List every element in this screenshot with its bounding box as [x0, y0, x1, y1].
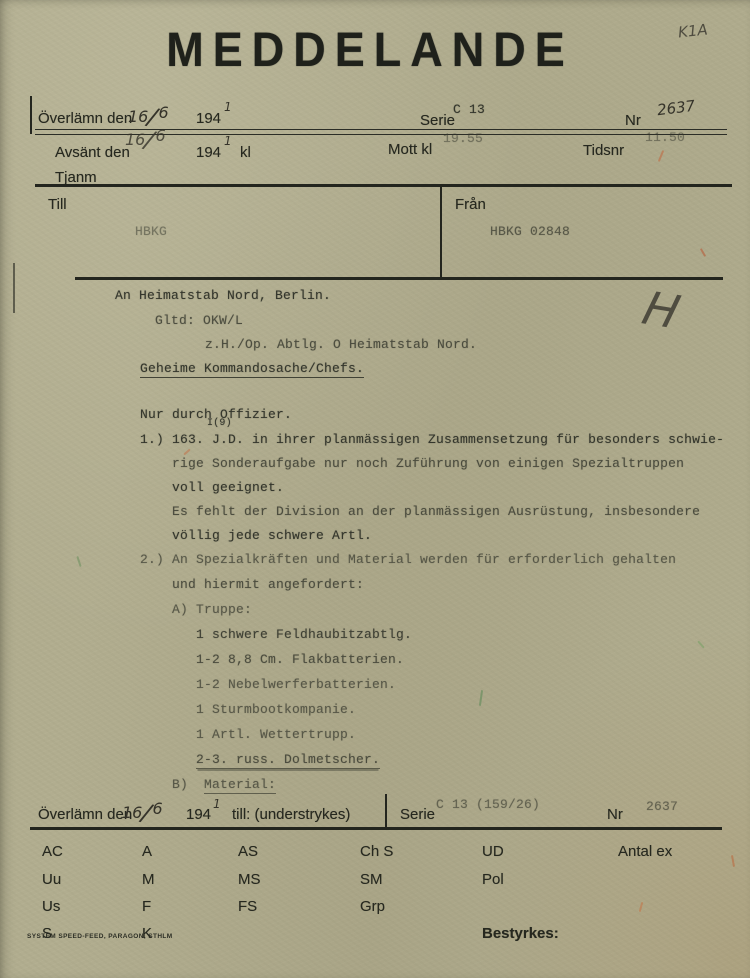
typed-line: Gltd: OKW/L: [155, 313, 243, 328]
dist-code: Uu: [42, 871, 61, 888]
typed-line: Es fehlt der Division an der planmässige…: [172, 504, 700, 519]
typed-line: 2.) An Spezialkräften und Material werde…: [140, 552, 676, 567]
typed-line: z.H./Op. Abtlg. O Heimatstab Nord.: [205, 337, 477, 352]
dist-code: Grp: [360, 898, 385, 915]
year-digit-handwritten: 1: [224, 100, 232, 114]
left-margin-line: [30, 96, 32, 134]
kl-label: kl: [240, 144, 251, 161]
year-digit-handwritten: 1: [224, 134, 232, 148]
antal-ex-label: Antal ex: [618, 843, 672, 860]
avsant-label: Avsänt den: [55, 144, 130, 161]
dist-code: UD: [482, 843, 504, 860]
tidsnr-value: 11.50: [645, 130, 685, 145]
typed-line: rige Sonderaufgabe nur noch Zuführung vo…: [172, 456, 684, 471]
date-month: 6: [152, 799, 162, 818]
material-heading: Material:: [204, 777, 276, 794]
footer-serie-value: C 13 (159/26): [436, 797, 540, 812]
dist-code: AS: [238, 843, 258, 860]
dist-code: M: [142, 871, 155, 888]
till-value: HBKG: [135, 224, 167, 239]
pencil-mark-h: H: [637, 281, 685, 339]
mott-kl-label: Mott kl: [388, 141, 432, 158]
fiber-mark: [479, 690, 483, 706]
nr-label: Nr: [625, 112, 641, 129]
pencil-note-top-right: K1A: [677, 20, 708, 41]
dist-code: MS: [238, 871, 261, 888]
typed-line-underlined: 2-3. russ. Dolmetscher.: [196, 752, 380, 769]
date-month: 6: [155, 126, 165, 145]
dist-code: Pol: [482, 871, 504, 888]
serie-label: Serie: [420, 112, 455, 129]
serie-value: C 13: [453, 102, 485, 117]
avsant-date-handwritten: 16/6: [125, 123, 166, 151]
dist-code: Us: [42, 898, 60, 915]
footer-divider: [385, 794, 387, 827]
form-title: MEDDELANDE: [165, 22, 575, 78]
typed-line: An Heimatstab Nord, Berlin.: [115, 288, 331, 303]
typed-line: und hiermit angefordert:: [172, 577, 364, 592]
date-day: 16: [122, 803, 142, 822]
date-day: 16: [125, 130, 145, 149]
tidsnr-label: Tidsnr: [583, 142, 624, 159]
fran-value: HBKG 02848: [490, 224, 570, 239]
bestyrkes-label: Bestyrkes:: [482, 925, 559, 942]
year-printed: 194: [196, 110, 221, 127]
nr-value: 2637: [656, 97, 696, 120]
list-letter: B): [172, 777, 188, 792]
dist-code: Ch S: [360, 843, 393, 860]
typed-line: völlig jede schwere Artl.: [172, 528, 372, 543]
till-label: Till: [48, 196, 67, 213]
fiber-mark: [76, 556, 81, 567]
fran-label: Från: [455, 196, 486, 213]
printer-mark: SYSTEM SPEED-FEED, PARAGON, STHLM: [27, 933, 173, 940]
typed-line: 1-2 8,8 Cm. Flakbatterien.: [196, 652, 404, 667]
dist-code: F: [142, 898, 151, 915]
left-edge-artifact: [13, 263, 15, 313]
mott-kl-value: 19.55: [443, 131, 483, 146]
footer-nr-label: Nr: [607, 806, 623, 823]
date-month: 6: [158, 103, 168, 122]
year-printed: 194: [196, 144, 221, 161]
footer-date-handwritten: 16/6: [122, 796, 163, 824]
dist-code: SM: [360, 871, 383, 888]
fiber-mark: [697, 640, 705, 648]
typed-line: 1.) 163. J.D. in ihrer planmässigen Zusa…: [140, 432, 724, 447]
bold-rule-header: [35, 184, 732, 187]
bold-rule-box-bottom: [75, 277, 723, 280]
typed-line: 1 Sturmbootkompanie.: [196, 702, 356, 717]
fiber-mark: [639, 902, 644, 912]
footer-nr-value: 2637: [646, 799, 678, 814]
dist-code: FS: [238, 898, 257, 915]
typed-line: A) Truppe:: [172, 602, 252, 617]
fiber-mark: [658, 150, 664, 162]
bold-rule-footer: [30, 827, 722, 830]
typed-line-underlined: Geheime Kommandosache/Chefs.: [140, 361, 364, 378]
fiber-mark: [700, 248, 706, 257]
overlamn-label: Överlämn den: [38, 110, 132, 127]
footer-serie-label: Serie: [400, 806, 435, 823]
typed-line: 1 schwere Feldhaubitzabtlg.: [196, 627, 412, 642]
footer-till-label: till: (understrykes): [232, 806, 350, 823]
till-fran-divider: [440, 187, 442, 277]
superscript-insertion: I(9): [207, 418, 232, 429]
footer-year-digit: 1: [213, 797, 221, 811]
fiber-mark: [731, 855, 735, 867]
typed-line: B) Material:: [172, 777, 276, 792]
dist-code: AC: [42, 843, 63, 860]
footer-year-printed: 194: [186, 806, 211, 823]
typed-line: voll geeignet.: [172, 480, 284, 495]
typed-line: 1 Artl. Wettertrupp.: [196, 727, 356, 742]
scanned-message-form: MEDDELANDE K1A Överlämn den 16/6 194 1 S…: [0, 0, 750, 978]
dist-code: A: [142, 843, 152, 860]
fiber-mark: [183, 449, 190, 456]
typed-line: 1-2 Nebelwerferbatterien.: [196, 677, 396, 692]
footer-overlamn-label: Överlämn den: [38, 806, 132, 823]
